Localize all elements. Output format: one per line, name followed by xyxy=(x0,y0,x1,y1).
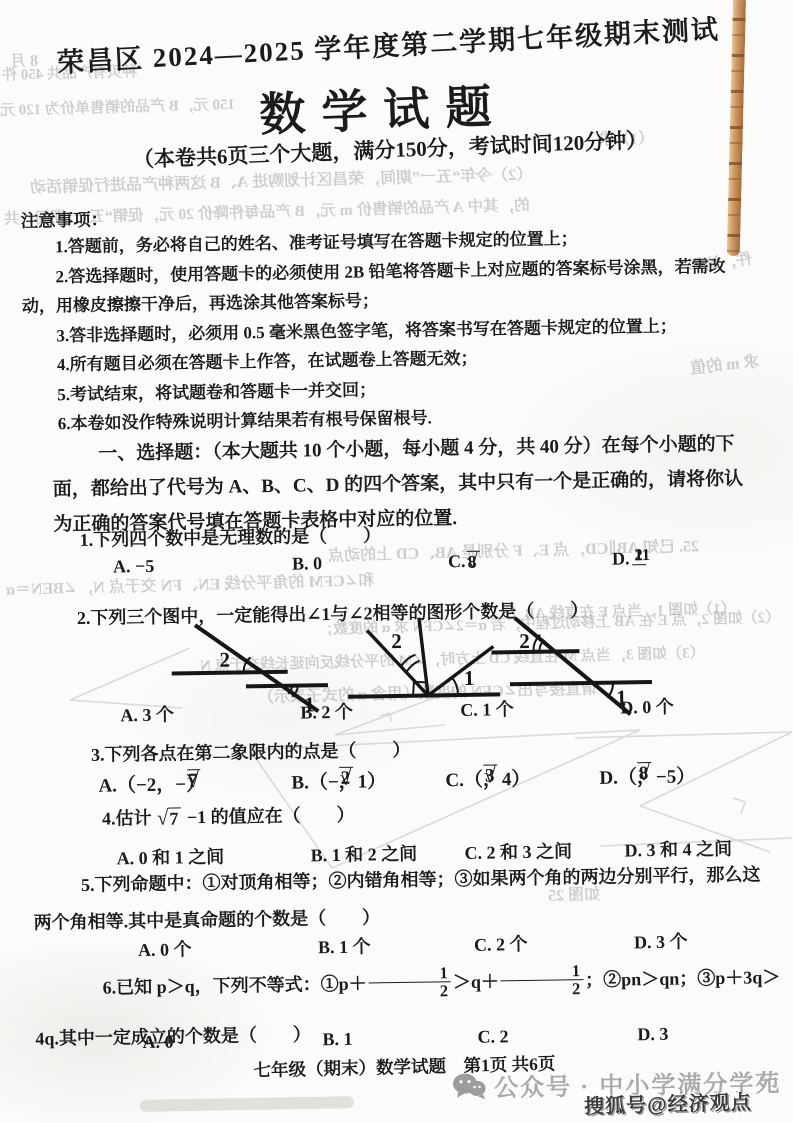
option-c: C. 1 个 xyxy=(460,695,514,722)
option-a: A. −5 xyxy=(113,556,155,578)
option-c: C. √8 xyxy=(448,551,466,572)
option-b: B. 0 xyxy=(292,553,322,574)
angle-2-label: 2 xyxy=(391,629,402,653)
option-b: B.（−√2，1） xyxy=(291,766,386,794)
option-b: B. 2 个 xyxy=(300,698,353,725)
question-1-stem: 1.下列四个数中是无理数的是（ ） xyxy=(79,521,381,552)
question-3-options: A.（−2，−√7） B.（−√2，1） C.（√3，4） D.（√8，−5） xyxy=(3,760,793,806)
question-4-stem: 4.估计 √7 −1 的值应在（ ） xyxy=(102,801,355,831)
angle-2-label: 2 xyxy=(219,648,230,672)
option-b: B. 1 个 xyxy=(318,932,371,959)
option-d: D.（√8，−5） xyxy=(599,761,695,790)
option-c: C. 2 个 xyxy=(474,930,528,957)
wechat-icon xyxy=(452,1072,486,1101)
option-a: A. 0 xyxy=(142,1032,173,1053)
notices-label: 注意事项： xyxy=(20,206,108,232)
exam-paper-page: 8 月 种贝有产品共 450 件 150 元，B 产品的销售单价为 120 元 … xyxy=(0,0,793,1123)
question-2-options: A. 3 个 B. 2 个 C. 1 个 D. 0 个 xyxy=(2,691,793,737)
option-d: D. 3 个 xyxy=(634,927,688,954)
option-a: A.（−2，−√7） xyxy=(98,769,205,798)
option-b: B. 1 xyxy=(322,1029,352,1050)
angle-1-label: 1 xyxy=(464,666,475,690)
option-d: D. 211 xyxy=(612,548,630,569)
question-1-options: A. −5 B. 0 C. √8 D. 211 xyxy=(0,546,793,592)
option-d: D. 0 个 xyxy=(620,693,674,720)
question-3-stem: 3.下列各点在第二象限内的点是（ ） xyxy=(91,736,411,767)
option-a: A. 3 个 xyxy=(120,701,174,728)
option-c: C.（√3，4） xyxy=(445,764,530,792)
option-a: A. 0 个 xyxy=(138,935,192,962)
sohu-watermark: 搜狐号@经济观点 xyxy=(584,1086,752,1119)
notices-list: 1.答题前，务必将自己的姓名、准考证号填写在答题卡规定的位置上； 2.答选择题时… xyxy=(21,221,752,439)
option-d: D. 3 xyxy=(637,1024,668,1045)
angle-2-label: 2 xyxy=(519,629,530,653)
option-c: C. 2 xyxy=(477,1026,508,1047)
